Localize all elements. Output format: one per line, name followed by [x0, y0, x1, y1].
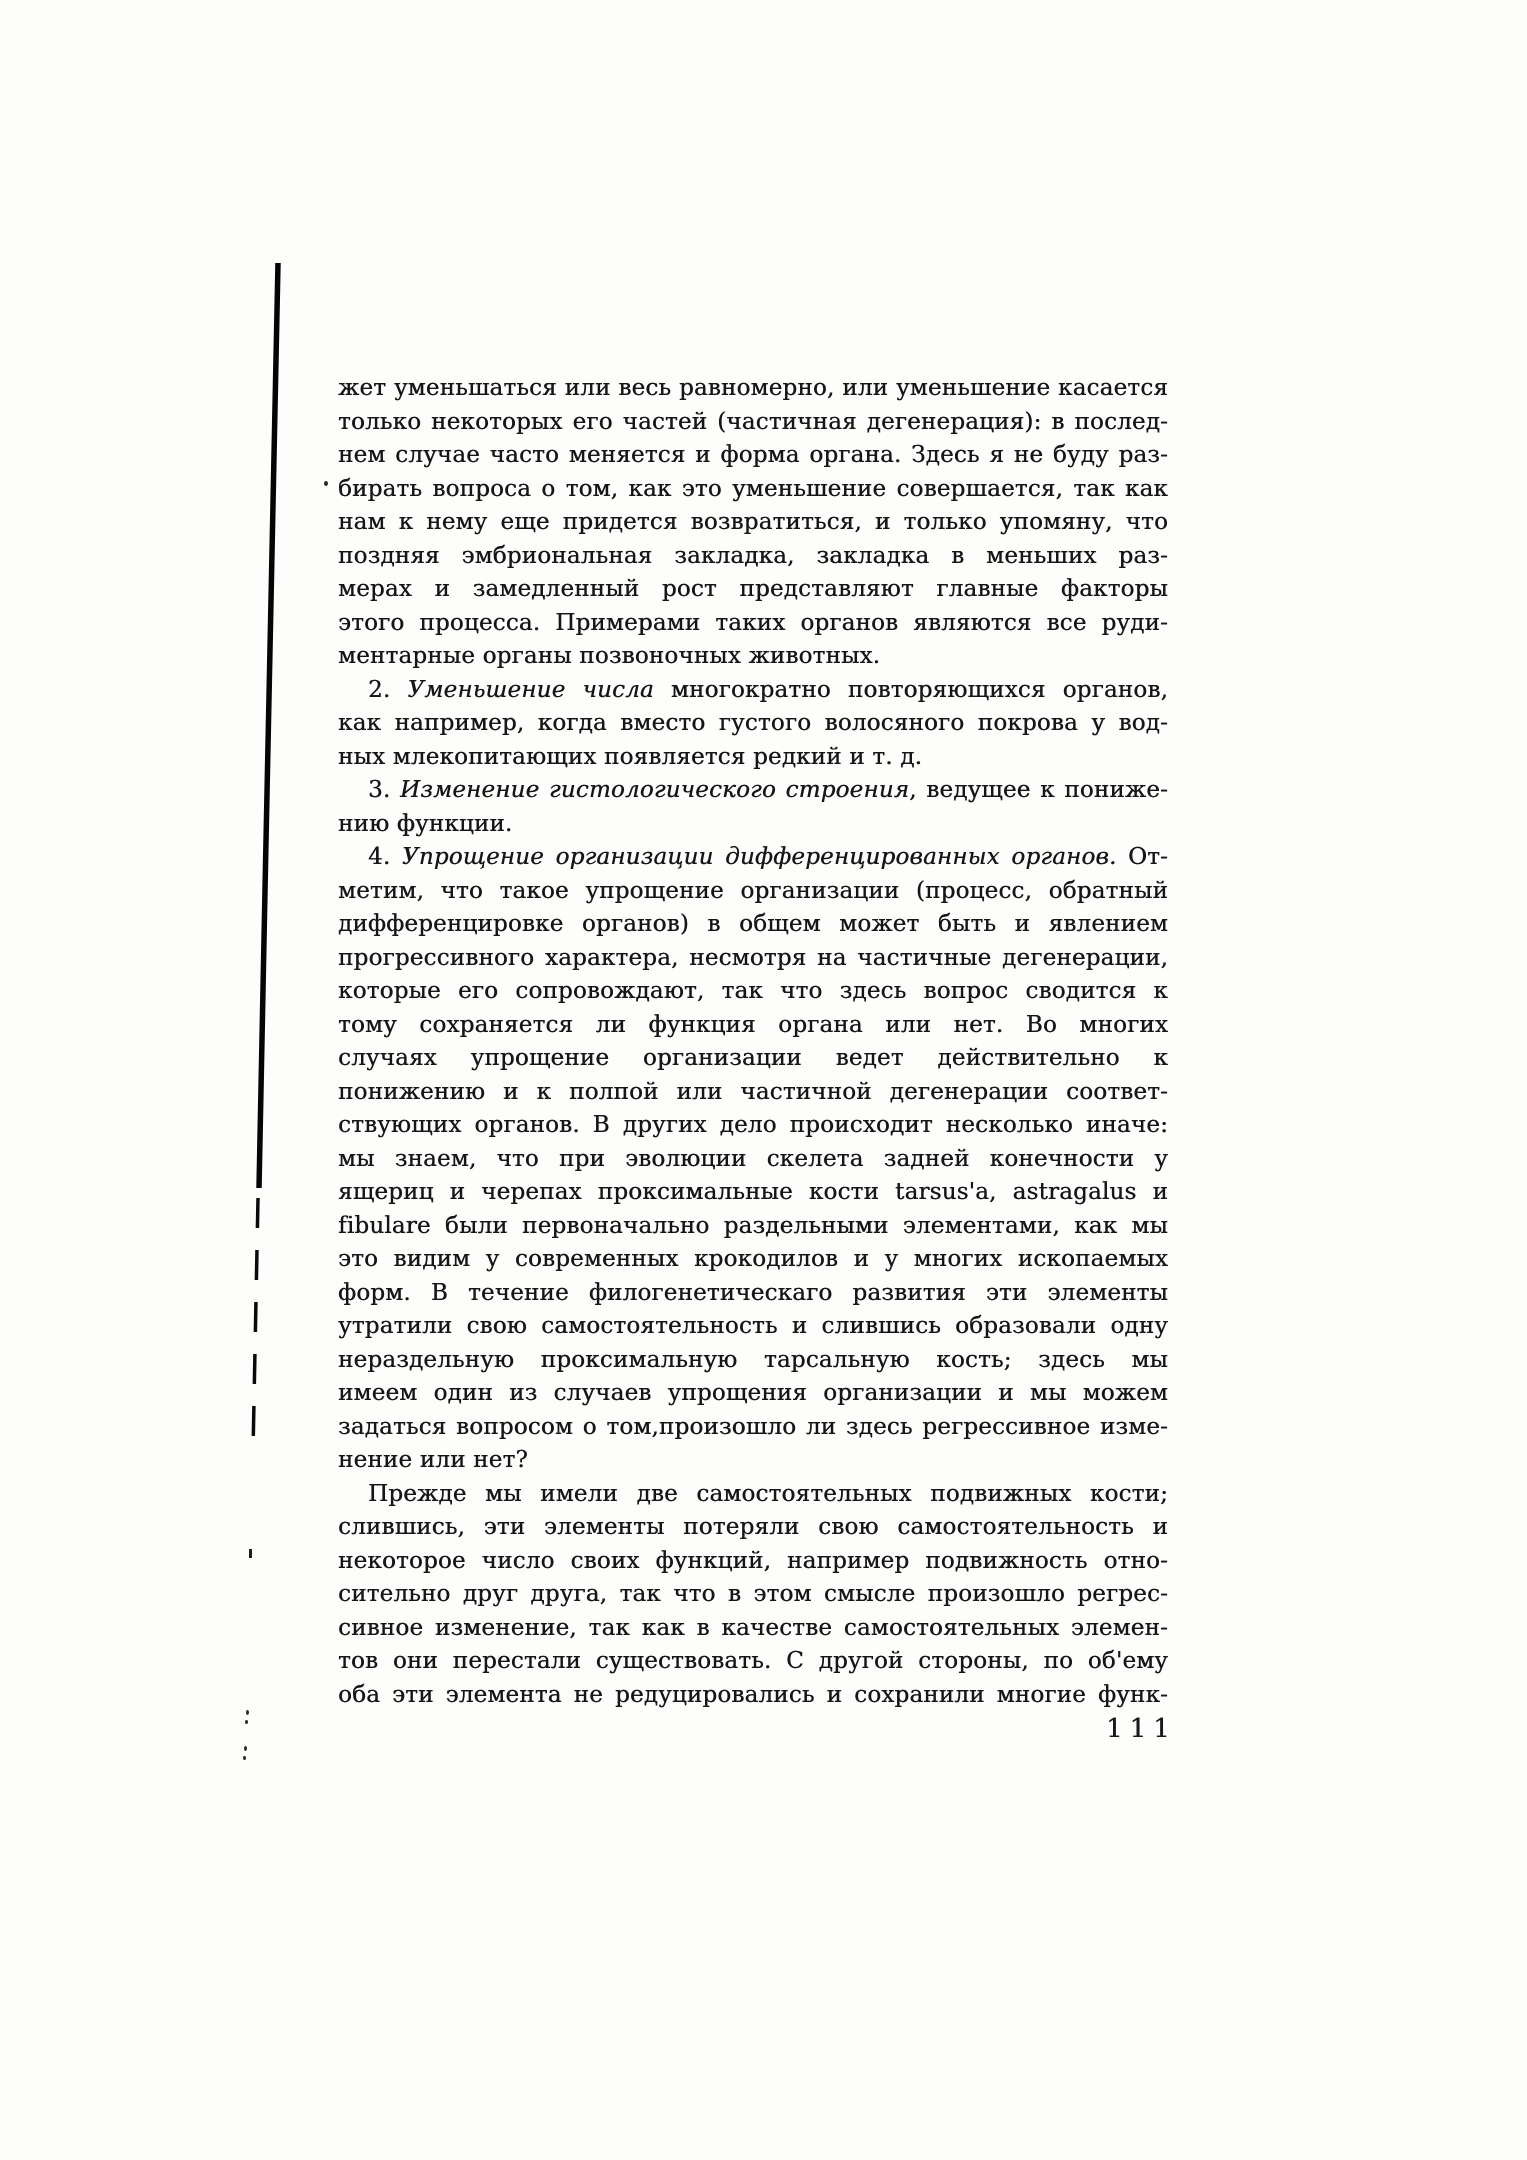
text-segment: слившись, эти элементы потеряли свою сам… — [338, 1514, 1168, 1540]
text-line: бирать вопроса о том, как это уменьшение… — [338, 473, 1168, 507]
text-segment: оба эти элемента не редуцировались и сох… — [338, 1682, 1168, 1708]
text-line: мы знаем, что при эволюции скелета задне… — [338, 1143, 1168, 1177]
text-segment: fibulare были первоначально раздельными … — [338, 1213, 1168, 1239]
text-segment: этого процесса. Примерами таких органов … — [338, 610, 1168, 636]
text-segment: бирать вопроса о том, как это уменьшение… — [338, 476, 1168, 502]
text-segment: сительно друг друга, так что в этом смыс… — [338, 1581, 1168, 1607]
text-segment: понижению и к полпой или частичной деген… — [338, 1079, 1168, 1105]
text-segment: поздняя эмбриональная закладка, закладка… — [338, 543, 1168, 569]
text-segment: жет уменьшаться или весь равномерно, или… — [338, 375, 1168, 401]
text-segment: только некоторых его частей (частичная д… — [338, 409, 1168, 435]
text-line: только некоторых его частей (частичная д… — [338, 406, 1168, 440]
text-segment: ствующих органов. В других дело происход… — [338, 1112, 1168, 1138]
text-segment: Прежде мы имели две самостоятельных подв… — [368, 1481, 1168, 1507]
text-line: метим, что такое упрощение организации (… — [338, 875, 1168, 909]
text-line: как например, когда вместо густого волос… — [338, 707, 1168, 741]
text-segment: От- — [1116, 844, 1168, 870]
text-segment: нем случае часто меняется и форма органа… — [338, 442, 1168, 468]
text-segment: нию функции. — [338, 811, 512, 837]
text-segment: некоторое число своих функций, например … — [338, 1548, 1168, 1574]
text-segment: многократно повторяющихся органов, — [654, 677, 1168, 703]
text-segment: нение или нет? — [338, 1447, 528, 1473]
ink-speck — [244, 1746, 247, 1751]
text-line: ментарные органы позвоночных животных. — [338, 640, 1168, 674]
scanned-page: жет уменьшаться или весь равномерно, или… — [0, 0, 1527, 2160]
text-segment: это видим у современных крокодилов и у м… — [338, 1246, 1168, 1272]
text-segment: мы знаем, что при эволюции скелета задне… — [338, 1146, 1168, 1172]
text-segment: тов они перестали существовать. С другой… — [338, 1648, 1168, 1674]
text-line: форм. В течение филогенетическаго развит… — [338, 1277, 1168, 1311]
ink-speck — [324, 481, 328, 486]
ink-speck — [246, 1710, 249, 1715]
text-line: слившись, эти элементы потеряли свою сам… — [338, 1511, 1168, 1545]
text-line: это видим у современных крокодилов и у м… — [338, 1243, 1168, 1277]
text-line: некоторое число своих функций, например … — [338, 1545, 1168, 1579]
text-segment: утратили свою самостоятельность и сливши… — [338, 1313, 1168, 1339]
text-segment: которые его сопровождают, так что здесь … — [338, 978, 1168, 1004]
text-line: fibulare были первоначально раздельными … — [338, 1210, 1168, 1244]
text-segment: ящериц и черепах проксимальные кости tar… — [338, 1179, 1168, 1205]
text-segment: сивное изменение, так как в качестве сам… — [338, 1615, 1168, 1641]
text-segment: форм. В течение филогенетическаго развит… — [338, 1280, 1168, 1306]
text-segment: имеем один из случаев упрощения организа… — [338, 1380, 1168, 1406]
ink-speck — [245, 1720, 248, 1724]
text-line: 4. Упрощение организации дифференцирован… — [338, 841, 1168, 875]
text-line: Прежде мы имели две самостоятельных подв… — [338, 1478, 1168, 1512]
text-segment: задаться вопросом о том,произошло ли зде… — [338, 1414, 1168, 1440]
text-line: понижению и к полпой или частичной деген… — [338, 1076, 1168, 1110]
text-column: жет уменьшаться или весь равномерно, или… — [338, 372, 1168, 1712]
text-line: дифференцировке органов) в общем может б… — [338, 908, 1168, 942]
text-segment: дифференцировке органов) в общем может б… — [338, 911, 1168, 937]
text-line: нераздельную проксимальную тарсальную ко… — [338, 1344, 1168, 1378]
text-line: оба эти элемента не редуцировались и сох… — [338, 1679, 1168, 1713]
text-line: нем случае часто меняется и форма органа… — [338, 439, 1168, 473]
text-line: задаться вопросом о том,произошло ли зде… — [338, 1411, 1168, 1445]
text-line: случаях упрощение организации ведет дейс… — [338, 1042, 1168, 1076]
text-line: этого процесса. Примерами таких органов … — [338, 607, 1168, 641]
text-segment: прогрессивного характера, несмотря на ча… — [338, 945, 1168, 971]
text-line: которые его сопровождают, так что здесь … — [338, 975, 1168, 1009]
text-line: ствующих органов. В других дело происход… — [338, 1109, 1168, 1143]
text-segment: мерах и замедленный рост представляют гл… — [338, 576, 1168, 602]
text-line: сительно друг друга, так что в этом смыс… — [338, 1578, 1168, 1612]
text-segment: ментарные органы позвоночных животных. — [338, 643, 880, 669]
text-segment: 4. — [368, 844, 402, 870]
ink-speck — [243, 1756, 246, 1760]
text-line: сивное изменение, так как в качестве сам… — [338, 1612, 1168, 1646]
text-line: нию функции. — [338, 808, 1168, 842]
text-segment: ных млекопитающих появляется редкий и т.… — [338, 744, 922, 770]
text-segment: как например, когда вместо густого волос… — [338, 710, 1168, 736]
page-number: 111 — [1106, 1714, 1177, 1744]
text-segment: тому сохраняется ли функция органа или н… — [338, 1012, 1168, 1038]
text-line: тому сохраняется ли функция органа или н… — [338, 1009, 1168, 1043]
italic-text-segment: Уменьшение числа — [407, 677, 653, 703]
text-line: ящериц и черепах проксимальные кости tar… — [338, 1176, 1168, 1210]
text-line: 3. Изменение гистологического строения, … — [338, 774, 1168, 808]
italic-text-segment: Упрощение организации дифференцированных… — [402, 844, 1117, 870]
text-segment: нераздельную проксимальную тарсальную ко… — [338, 1347, 1168, 1373]
text-segment: метим, что такое упрощение организации (… — [338, 878, 1168, 904]
text-line: жет уменьшаться или весь равномерно, или… — [338, 372, 1168, 406]
text-segment: нам к нему еще придется возвратиться, и … — [338, 509, 1168, 535]
text-line: мерах и замедленный рост представляют гл… — [338, 573, 1168, 607]
italic-text-segment: Изменение гистологического строения — [400, 777, 909, 803]
text-line: 2. Уменьшение числа многократно повторяю… — [338, 674, 1168, 708]
text-segment: 3. — [368, 777, 400, 803]
text-segment: случаях упрощение организации ведет дейс… — [338, 1045, 1168, 1071]
text-line: нение или нет? — [338, 1444, 1168, 1478]
text-line: поздняя эмбриональная закладка, закладка… — [338, 540, 1168, 574]
text-segment: 2. — [368, 677, 407, 703]
text-line: ных млекопитающих появляется редкий и т.… — [338, 741, 1168, 775]
text-line: имеем один из случаев упрощения организа… — [338, 1377, 1168, 1411]
text-segment: , ведущее к пониже- — [909, 777, 1168, 803]
text-line: прогрессивного характера, несмотря на ча… — [338, 942, 1168, 976]
text-line: тов они перестали существовать. С другой… — [338, 1645, 1168, 1679]
text-line: утратили свою самостоятельность и сливши… — [338, 1310, 1168, 1344]
text-line: нам к нему еще придется возвратиться, и … — [338, 506, 1168, 540]
